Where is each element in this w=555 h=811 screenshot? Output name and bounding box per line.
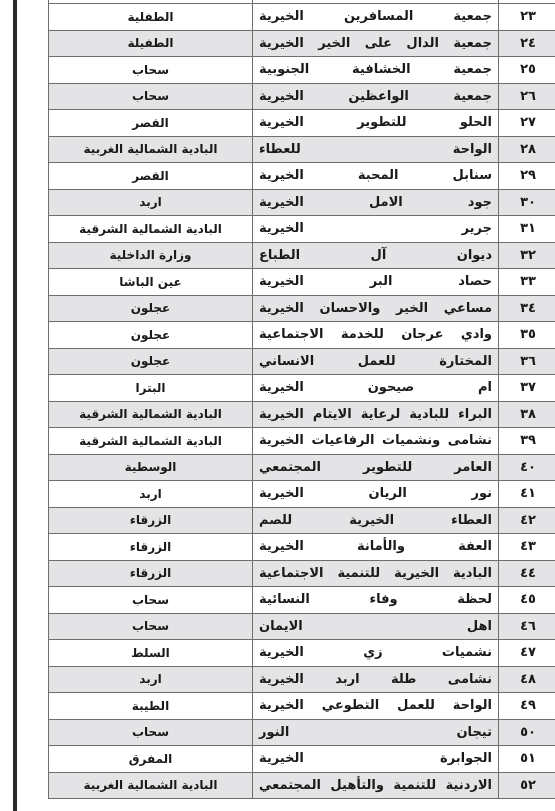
row-number: ٣٢ [499, 242, 555, 269]
charity-name: العفة والأمانة الخيرية [253, 534, 499, 561]
charity-name: الواحة للعطاء [253, 136, 499, 163]
row-number: ٣٨ [499, 401, 555, 428]
table-row: ٣١ جرير الخيرية البادية الشمالية الشرقية [49, 216, 555, 243]
charity-area: القصر [49, 163, 253, 190]
table-row: ٢٨ الواحة للعطاء البادية الشمالية الغربي… [49, 136, 555, 163]
charity-area: البادية الشمالية الشرقية [49, 216, 253, 243]
charity-name: العامر للتطوير المجتمعي [253, 454, 499, 481]
charity-name: جمعية الواعظين الخيرية [253, 83, 499, 110]
charity-name: لحظة وفاء النسائية [253, 587, 499, 614]
table-row: ٣٤ مساعي الخير والاحسان الخيرية عجلون [49, 295, 555, 322]
row-number: ٤١ [499, 481, 555, 508]
charity-name: مساعي الخير والاحسان الخيرية [253, 295, 499, 322]
charity-area: الطفلية [49, 4, 253, 31]
charity-area: البادية الشمالية الشرقية [49, 401, 253, 428]
charity-area: عين الباشا [49, 269, 253, 296]
charity-name: الحلو للتطوير الخيرية [253, 110, 499, 137]
charity-area: الطفيلة [49, 30, 253, 57]
charity-area: البادية الشمالية الغربية [49, 772, 253, 799]
charity-name: جرير الخيرية [253, 216, 499, 243]
charity-name: تيجان النور [253, 719, 499, 746]
table-row: ٤٤ البادية الخيرية للتنمية الاجتماعية ال… [49, 560, 555, 587]
table-row: ٢٣ جمعية المسافرين الخيرية الطفلية [49, 4, 555, 31]
table-row: ٣٢ ديوان آل الطباع وزارة الداخلية [49, 242, 555, 269]
table-row: ٢٥ جمعية الخشافية الجنوبية سحاب [49, 57, 555, 84]
row-number: ٢٨ [499, 136, 555, 163]
charity-area: وزارة الداخلية [49, 242, 253, 269]
charity-name: سنابل المحبة الخيرية [253, 163, 499, 190]
row-number: ٣٥ [499, 322, 555, 349]
row-number: ٥٠ [499, 719, 555, 746]
charity-area: السلط [49, 640, 253, 667]
table-row: ٤٢ العطاء الخيرية للصم الزرقاء [49, 507, 555, 534]
table-row: ٤٣ العفة والأمانة الخيرية الزرقاء [49, 534, 555, 561]
charity-name: البادية الخيرية للتنمية الاجتماعية [253, 560, 499, 587]
table-row: ٤٧ نشميات زي الخيرية السلط [49, 640, 555, 667]
charities-table: ٢٣ جمعية المسافرين الخيرية الطفلية ٢٤ جم… [48, 0, 555, 799]
table-row: ٢٩ سنابل المحبة الخيرية القصر [49, 163, 555, 190]
table-row: ٣٩ نشامى ونشميات الرفاعيات الخيرية الباد… [49, 428, 555, 455]
charity-area: البادية الشمالية الشرقية [49, 428, 253, 455]
table-row: ٣٨ البراء للبادية لرعاية الايتام الخيرية… [49, 401, 555, 428]
row-number: ٤٩ [499, 693, 555, 720]
page-edge-border [13, 0, 17, 811]
charity-name: ام صيحون الخيرية [253, 375, 499, 402]
charity-name: الواحة للعمل التطوعي الخيرية [253, 693, 499, 720]
charity-area: عجلون [49, 322, 253, 349]
charity-name: البراء للبادية لرعاية الايتام الخيرية [253, 401, 499, 428]
row-number: ٣٣ [499, 269, 555, 296]
table-row: ٣٣ حصاد البر الخيرية عين الباشا [49, 269, 555, 296]
charity-area: سحاب [49, 719, 253, 746]
row-number: ٤٨ [499, 666, 555, 693]
table-row: ٥١ الجوابرة الخيرية المفرق [49, 746, 555, 773]
row-number: ٥١ [499, 746, 555, 773]
row-number: ٥٢ [499, 772, 555, 799]
row-number: ٤٥ [499, 587, 555, 614]
charity-name: نشامى ونشميات الرفاعيات الخيرية [253, 428, 499, 455]
row-number: ٣٦ [499, 348, 555, 375]
row-number: ٤٢ [499, 507, 555, 534]
charity-area: عجلون [49, 348, 253, 375]
charity-area: البادية الشمالية الغربية [49, 136, 253, 163]
table-row: ٣٦ المختارة للعمل الانساني عجلون [49, 348, 555, 375]
row-number: ٣٧ [499, 375, 555, 402]
charity-area: سحاب [49, 57, 253, 84]
row-number: ٣٩ [499, 428, 555, 455]
charity-name: جمعية الدال على الخير الخيرية [253, 30, 499, 57]
table-row: ٢٧ الحلو للتطوير الخيرية القصر [49, 110, 555, 137]
charity-name: الاردنية للتنمية والتأهيل المجتمعي [253, 772, 499, 799]
table-row: ٤١ نور الريان الخيرية اربد [49, 481, 555, 508]
charity-name: نور الريان الخيرية [253, 481, 499, 508]
table-row: ٤٥ لحظة وفاء النسائية سحاب [49, 587, 555, 614]
charity-name: المختارة للعمل الانساني [253, 348, 499, 375]
row-number: ٤٣ [499, 534, 555, 561]
row-number: ٤٠ [499, 454, 555, 481]
table-row: ٣٥ وادي عرجان للخدمة الاجتماعية عجلون [49, 322, 555, 349]
table-row: ٥٠ تيجان النور سحاب [49, 719, 555, 746]
table-row: ٤٠ العامر للتطوير المجتمعي الوسطية [49, 454, 555, 481]
charity-area: اربد [49, 189, 253, 216]
charity-area: اربد [49, 481, 253, 508]
charity-area: الزرقاء [49, 560, 253, 587]
row-number: ٢٣ [499, 4, 555, 31]
charity-name: جمعية الخشافية الجنوبية [253, 57, 499, 84]
charity-name: وادي عرجان للخدمة الاجتماعية [253, 322, 499, 349]
charity-name: نشميات زي الخيرية [253, 640, 499, 667]
charity-area: عجلون [49, 295, 253, 322]
charity-area: القصر [49, 110, 253, 137]
row-number: ٢٦ [499, 83, 555, 110]
charity-name: العطاء الخيرية للصم [253, 507, 499, 534]
charity-name: الجوابرة الخيرية [253, 746, 499, 773]
charity-area: البترا [49, 375, 253, 402]
table-row: ٣٧ ام صيحون الخيرية البترا [49, 375, 555, 402]
charity-name: ديوان آل الطباع [253, 242, 499, 269]
charity-area: سحاب [49, 587, 253, 614]
row-number: ٤٤ [499, 560, 555, 587]
charity-name: جود الامل الخيرية [253, 189, 499, 216]
row-number: ٢٤ [499, 30, 555, 57]
charity-area: سحاب [49, 83, 253, 110]
table-row: ٤٨ نشامى طلة اربد الخيرية اربد [49, 666, 555, 693]
row-number: ٤٧ [499, 640, 555, 667]
row-number: ٢٩ [499, 163, 555, 190]
row-number: ٣١ [499, 216, 555, 243]
charity-area: الزرقاء [49, 534, 253, 561]
table-row: ٢٤ جمعية الدال على الخير الخيرية الطفيلة [49, 30, 555, 57]
charity-name: حصاد البر الخيرية [253, 269, 499, 296]
row-number: ٣٠ [499, 189, 555, 216]
table-row: ٤٩ الواحة للعمل التطوعي الخيرية الطيبة [49, 693, 555, 720]
charity-area: سحاب [49, 613, 253, 640]
table-row: ٣٠ جود الامل الخيرية اربد [49, 189, 555, 216]
table-row: ٤٦ اهل الايمان سحاب [49, 613, 555, 640]
charity-area: الوسطية [49, 454, 253, 481]
table-row: ٥٢ الاردنية للتنمية والتأهيل المجتمعي ال… [49, 772, 555, 799]
row-number: ٢٥ [499, 57, 555, 84]
row-number: ٢٧ [499, 110, 555, 137]
row-number: ٤٦ [499, 613, 555, 640]
row-number: ٣٤ [499, 295, 555, 322]
charity-area: المفرق [49, 746, 253, 773]
charity-area: اربد [49, 666, 253, 693]
charities-table-container: ٢٣ جمعية المسافرين الخيرية الطفلية ٢٤ جم… [48, 0, 555, 799]
charity-name: جمعية المسافرين الخيرية [253, 4, 499, 31]
charity-name: نشامى طلة اربد الخيرية [253, 666, 499, 693]
charity-area: الزرقاء [49, 507, 253, 534]
charity-name: اهل الايمان [253, 613, 499, 640]
charity-area: الطيبة [49, 693, 253, 720]
table-row: ٢٦ جمعية الواعظين الخيرية سحاب [49, 83, 555, 110]
